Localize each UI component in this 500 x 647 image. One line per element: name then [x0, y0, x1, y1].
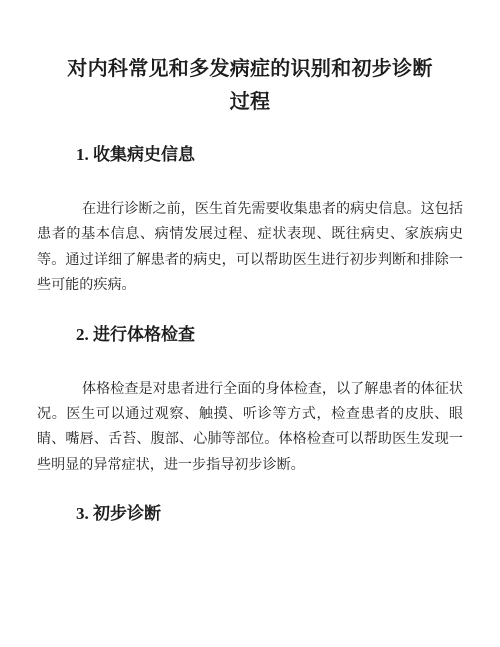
- section-heading-preliminary-diagnosis: 3. 初步诊断: [37, 502, 463, 526]
- section-body-collect-history: 在进行诊断之前，医生首先需要收集患者的病史信息。这包括患者的基本信息、病情发展过…: [37, 197, 463, 299]
- section-body-physical-exam: 体格检查是对患者进行全面的身体检查，以了解患者的体征状况。医生可以通过观察、触摸…: [37, 377, 463, 479]
- section-heading-collect-history: 1. 收集病史信息: [37, 143, 463, 167]
- document-page: 对内科常见和多发病症的识别和初步诊断过程 1. 收集病史信息 在进行诊断之前，医…: [0, 0, 500, 647]
- document-title: 对内科常见和多发病症的识别和初步诊断过程: [64, 53, 436, 119]
- section-heading-physical-exam: 2. 进行体格检查: [37, 323, 463, 347]
